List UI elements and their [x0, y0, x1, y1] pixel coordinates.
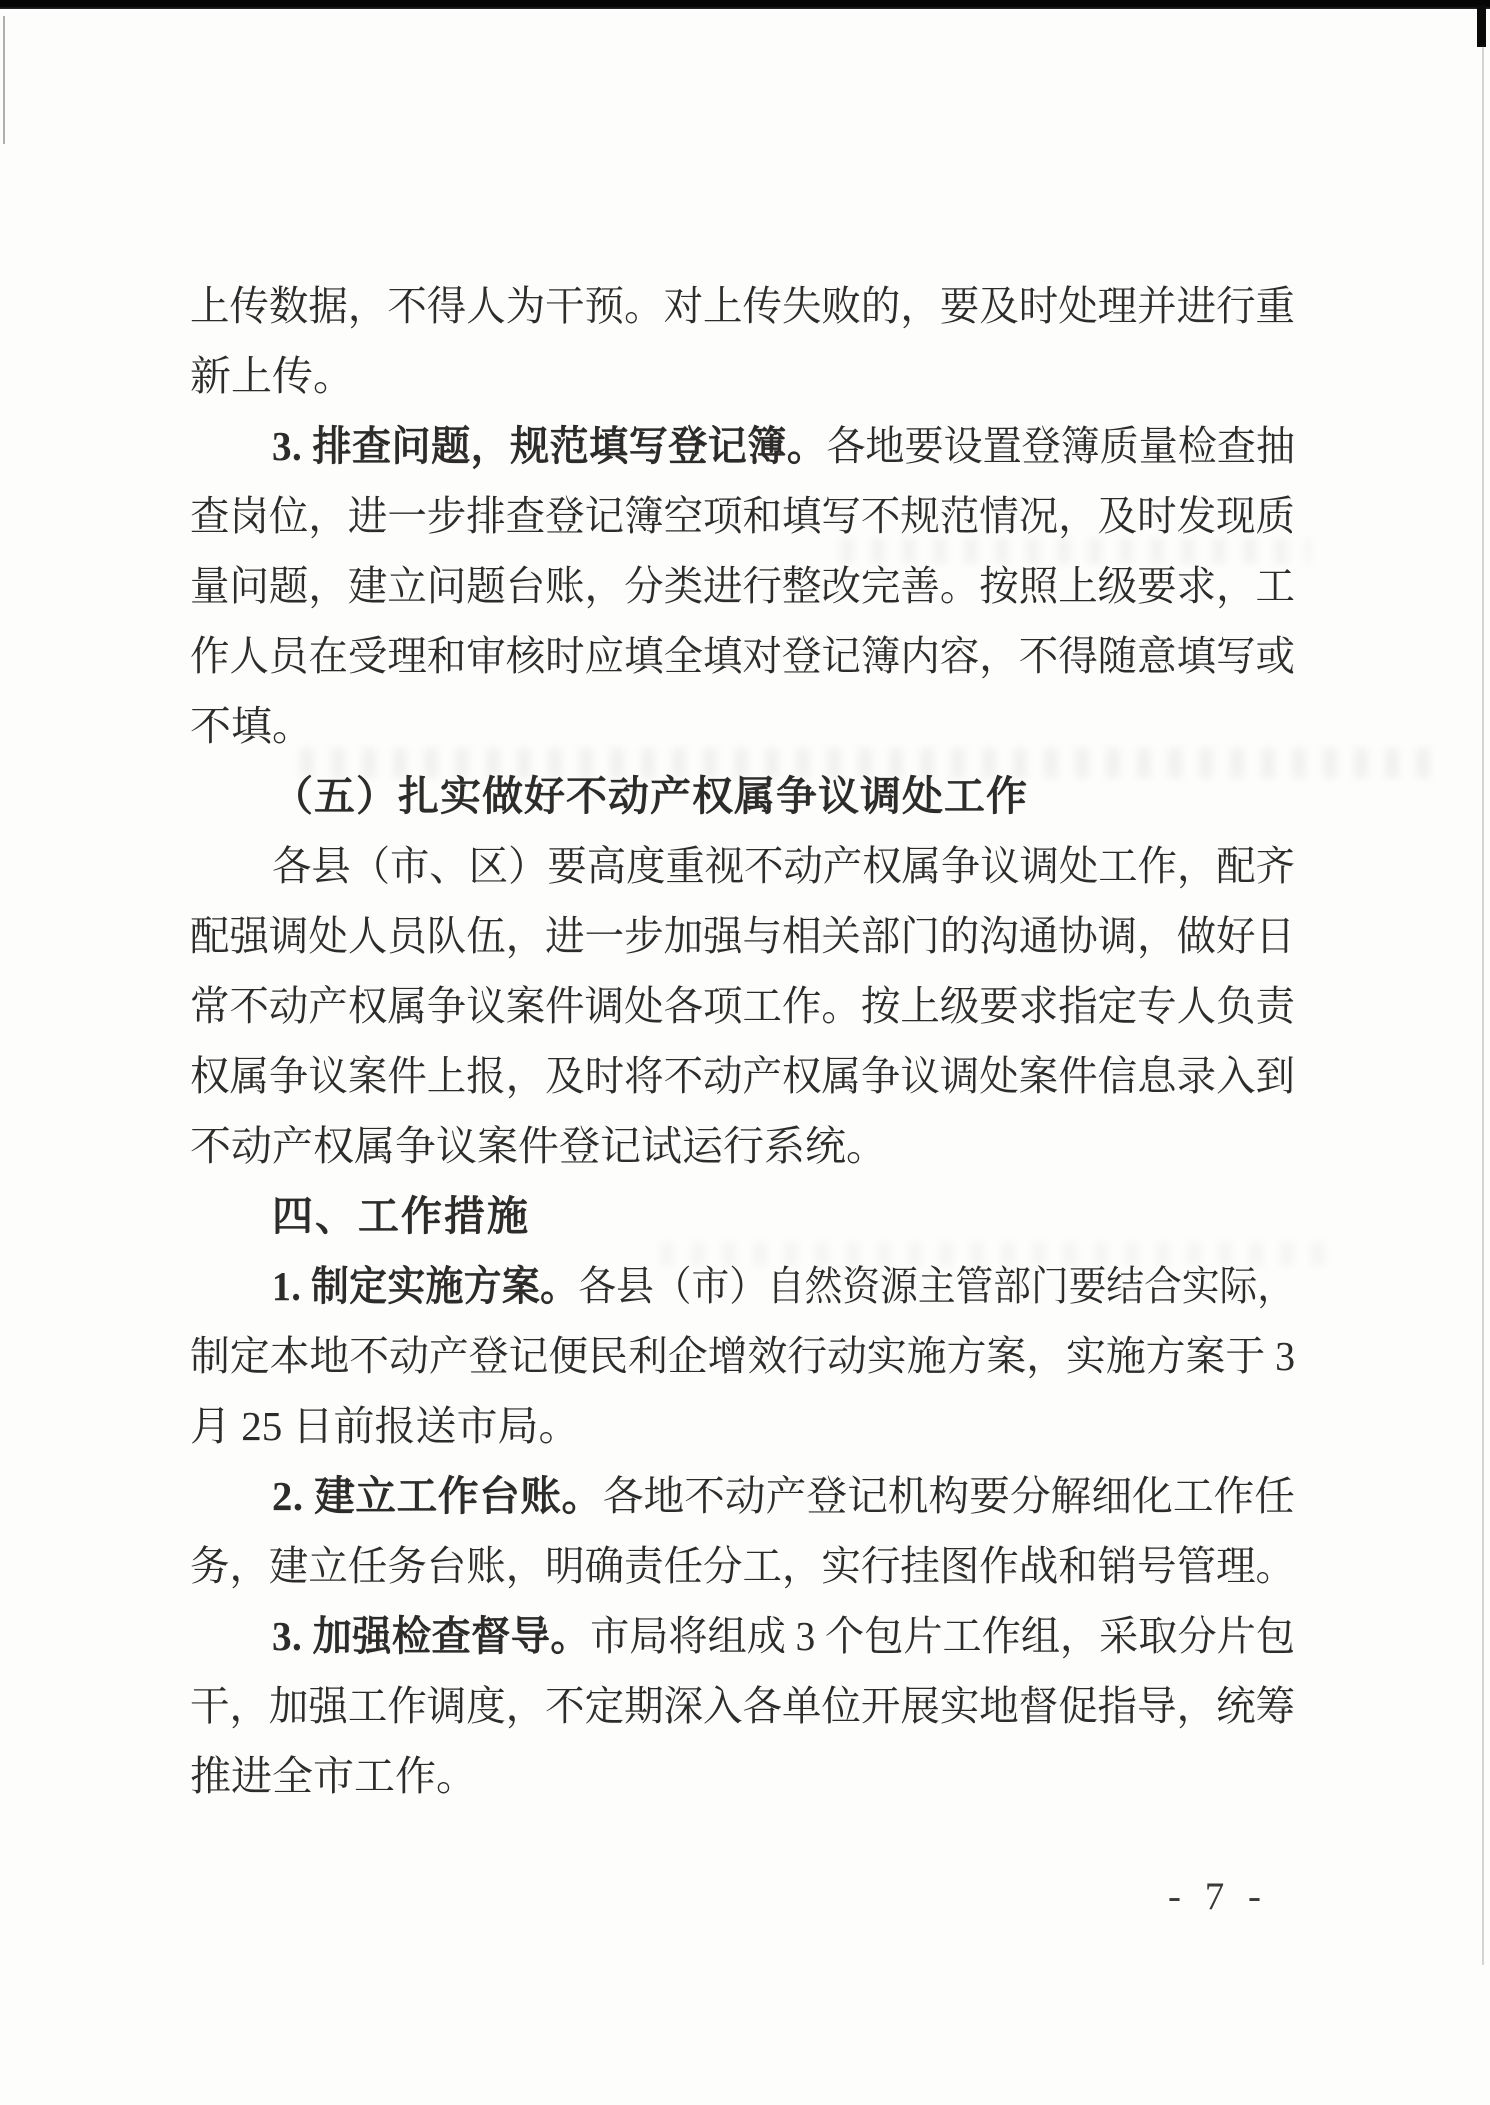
text-line: 查岗位，进一步排查登记簿空项和填写不规范情况，及时发现质 [190, 481, 1295, 551]
heading-text: （五）扎实做好不动产权属争议调处工作 [272, 773, 1028, 819]
text-line: 制定本地不动产登记便民利企增效行动实施方案，实施方案于 3 [190, 1321, 1295, 1391]
scan-edge-top-bar [0, 0, 1490, 9]
line-text: 查岗位，进一步排查登记簿空项和填写不规范情况，及时发现质 [190, 493, 1295, 539]
line-text: 不填。 [190, 703, 313, 749]
document-body: 上传数据，不得人为干预。对上传失败的，要及时处理并进行重 新上传。 3. 排查问… [190, 271, 1295, 1811]
text-line: 不填。 [190, 691, 1295, 761]
text-line: 干，加强工作调度，不定期深入各单位开展实地督促指导，统筹 [190, 1671, 1295, 1741]
text-line: 作人员在受理和审核时应填全填对登记簿内容，不得随意填写或 [190, 621, 1295, 691]
line-text: 上传数据，不得人为干预。对上传失败的，要及时处理并进行重 [190, 283, 1295, 329]
line-text: 务，建立任务台账，明确责任分工，实行挂图作战和销号管理。 [190, 1543, 1295, 1589]
line-text: 不动产权属争议案件登记试运行系统。 [190, 1123, 887, 1169]
scan-edge-corner-tick [1477, 5, 1486, 47]
line-text: 制定本地不动产登记便民利企增效行动实施方案，实施方案于 3 [190, 1333, 1295, 1379]
line-text: 各地要设置登簿质量检查抽 [826, 423, 1295, 469]
line-text: 月 25 日前报送市局。 [190, 1403, 580, 1449]
text-line: 1. 制定实施方案。各县（市）自然资源主管部门要结合实际， [190, 1251, 1295, 1321]
text-line: 各县（市、区）要高度重视不动产权属争议调处工作，配齐 [190, 831, 1295, 901]
line-lead-bold: 3. 加强检查督导。 [272, 1613, 590, 1659]
text-line: 权属争议案件上报，及时将不动产权属争议调处案件信息录入到 [190, 1041, 1295, 1111]
section-heading: （五）扎实做好不动产权属争议调处工作 [190, 761, 1295, 831]
text-line: 2. 建立工作台账。各地不动产登记机构要分解细化工作任 [190, 1461, 1295, 1531]
section-heading: 四、工作措施 [190, 1181, 1295, 1251]
text-line: 新上传。 [190, 341, 1295, 411]
line-lead-bold: 2. 建立工作台账。 [272, 1473, 603, 1519]
line-text: 作人员在受理和审核时应填全填对登记簿内容，不得随意填写或 [190, 633, 1295, 679]
heading-text: 四、工作措施 [272, 1193, 530, 1239]
line-text: 市局将组成 3 个包片工作组，采取分片包 [590, 1613, 1295, 1659]
text-line: 常不动产权属争议案件调处各项工作。按上级要求指定专人负责 [190, 971, 1295, 1041]
text-line: 3. 加强检查督导。市局将组成 3 个包片工作组，采取分片包 [190, 1601, 1295, 1671]
line-text: 推进全市工作。 [190, 1753, 477, 1799]
scanned-document-page: 上传数据，不得人为干预。对上传失败的，要及时处理并进行重 新上传。 3. 排查问… [0, 0, 1490, 2105]
line-text: 权属争议案件上报，及时将不动产权属争议调处案件信息录入到 [190, 1053, 1295, 1099]
line-text: 常不动产权属争议案件调处各项工作。按上级要求指定专人负责 [190, 983, 1295, 1029]
line-text: 各县（市、区）要高度重视不动产权属争议调处工作，配齐 [272, 843, 1295, 889]
line-lead-bold: 3. 排查问题，规范填写登记簿。 [272, 423, 826, 469]
text-line: 务，建立任务台账，明确责任分工，实行挂图作战和销号管理。 [190, 1531, 1295, 1601]
line-text: 新上传。 [190, 353, 354, 399]
text-line: 量问题，建立问题台账，分类进行整改完善。按照上级要求，工 [190, 551, 1295, 621]
text-line: 月 25 日前报送市局。 [190, 1391, 1295, 1461]
line-text: 各县（市）自然资源主管部门要结合实际， [578, 1263, 1295, 1309]
line-text: 干，加强工作调度，不定期深入各单位开展实地督促指导，统筹 [190, 1683, 1295, 1729]
text-line: 配强调处人员队伍，进一步加强与相关部门的沟通协调，做好日 [190, 901, 1295, 971]
scan-edge-right-line [1482, 45, 1484, 1965]
line-lead-bold: 1. 制定实施方案。 [272, 1263, 578, 1309]
page-number: - 7 - [1168, 1874, 1268, 1921]
line-text: 量问题，建立问题台账，分类进行整改完善。按照上级要求，工 [190, 563, 1295, 609]
line-text: 配强调处人员队伍，进一步加强与相关部门的沟通协调，做好日 [190, 913, 1295, 959]
scan-edge-left-line [3, 16, 5, 144]
text-line: 3. 排查问题，规范填写登记簿。各地要设置登簿质量检查抽 [190, 411, 1295, 481]
text-line: 推进全市工作。 [190, 1741, 1295, 1811]
text-line: 上传数据，不得人为干预。对上传失败的，要及时处理并进行重 [190, 271, 1295, 341]
line-text: 各地不动产登记机构要分解细化工作任 [603, 1473, 1295, 1519]
text-line: 不动产权属争议案件登记试运行系统。 [190, 1111, 1295, 1181]
